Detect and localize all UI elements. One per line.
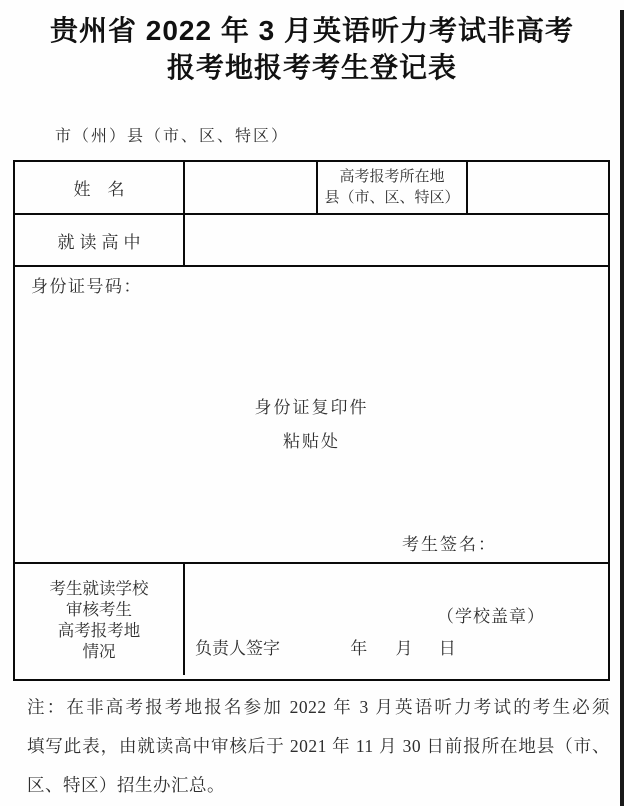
- month-label: 月: [396, 639, 413, 658]
- table-row-review: 考生就读学校 审核考生 高考报考地 情况 （学校盖章） 负责人签字 年 月 日: [15, 564, 608, 675]
- paste-area-label: 粘贴处: [15, 427, 608, 452]
- note-line1: 注：在非高考报考地报名参加 2022 年 3 月英语听力考试的考生必须: [27, 688, 610, 727]
- name-label: 姓 名: [15, 162, 185, 213]
- note-line2: 填写此表，由就读高中审核后于 2021 年 11 月 30 日前报所在地县（市、: [27, 727, 610, 766]
- form-title-line1: 贵州省 2022 年 3 月英语听力考试非高考: [0, 12, 624, 49]
- idcard-copy-label: 身份证复印件: [15, 393, 608, 418]
- responsible-sign-line: 负责人签字 年 月 日: [195, 634, 456, 659]
- school-label: 就读高中: [53, 228, 146, 253]
- table-row-school: 就读高中: [15, 215, 608, 267]
- registration-form-page: 贵州省 2022 年 3 月英语听力考试非高考 报考地报考考生登记表 市（州）县…: [0, 0, 624, 806]
- school-review-label-line2: 审核考生: [66, 599, 132, 620]
- note-paragraph: 注：在非高考报考地报名参加 2022 年 3 月英语听力考试的考生必须 填写此表…: [27, 688, 610, 805]
- scan-edge-line: [620, 10, 624, 806]
- candidate-signature-label: 考生签名：: [402, 530, 497, 555]
- note-line3: 区、特区）招生办汇总。: [27, 766, 610, 805]
- school-seal-label: （学校盖章）: [437, 602, 545, 627]
- gaokao-location-label: 高考报考所在地 县（市、区、特区）: [318, 162, 468, 213]
- year-label: 年: [350, 639, 367, 658]
- day-label: 日: [439, 639, 456, 658]
- region-label: 市（州）县（市、区、特区）: [55, 123, 289, 146]
- school-review-label: 考生就读学校 审核考生 高考报考地 情况: [15, 564, 185, 675]
- table-row-idcard-paste: 身份证号码： 身份证复印件 粘贴处 考生签名：: [15, 267, 608, 564]
- gaokao-location-value-cell: [468, 162, 608, 213]
- name-value-cell: [185, 162, 318, 213]
- responsible-sign-label: 负责人签字: [195, 639, 280, 658]
- school-review-label-line1: 考生就读学校: [50, 578, 149, 599]
- school-review-label-line3: 高考报考地: [58, 620, 141, 641]
- school-value-cell: [185, 215, 608, 265]
- school-review-label-line4: 情况: [83, 641, 116, 662]
- id-number-label: 身份证号码：: [31, 272, 142, 297]
- review-right-cell: （学校盖章） 负责人签字 年 月 日: [185, 564, 608, 675]
- gaokao-location-label-line2: 县（市、区、特区）: [324, 188, 459, 209]
- form-title: 贵州省 2022 年 3 月英语听力考试非高考 报考地报考考生登记表: [0, 12, 624, 86]
- form-title-line2: 报考地报考考生登记表: [0, 49, 624, 86]
- gaokao-location-label-line1: 高考报考所在地: [339, 167, 444, 188]
- table-row-name: 姓 名 高考报考所在地 县（市、区、特区）: [15, 162, 608, 215]
- form-table: 姓 名 高考报考所在地 县（市、区、特区） 就读高中 身份证号码： 身份证复印件…: [13, 160, 610, 681]
